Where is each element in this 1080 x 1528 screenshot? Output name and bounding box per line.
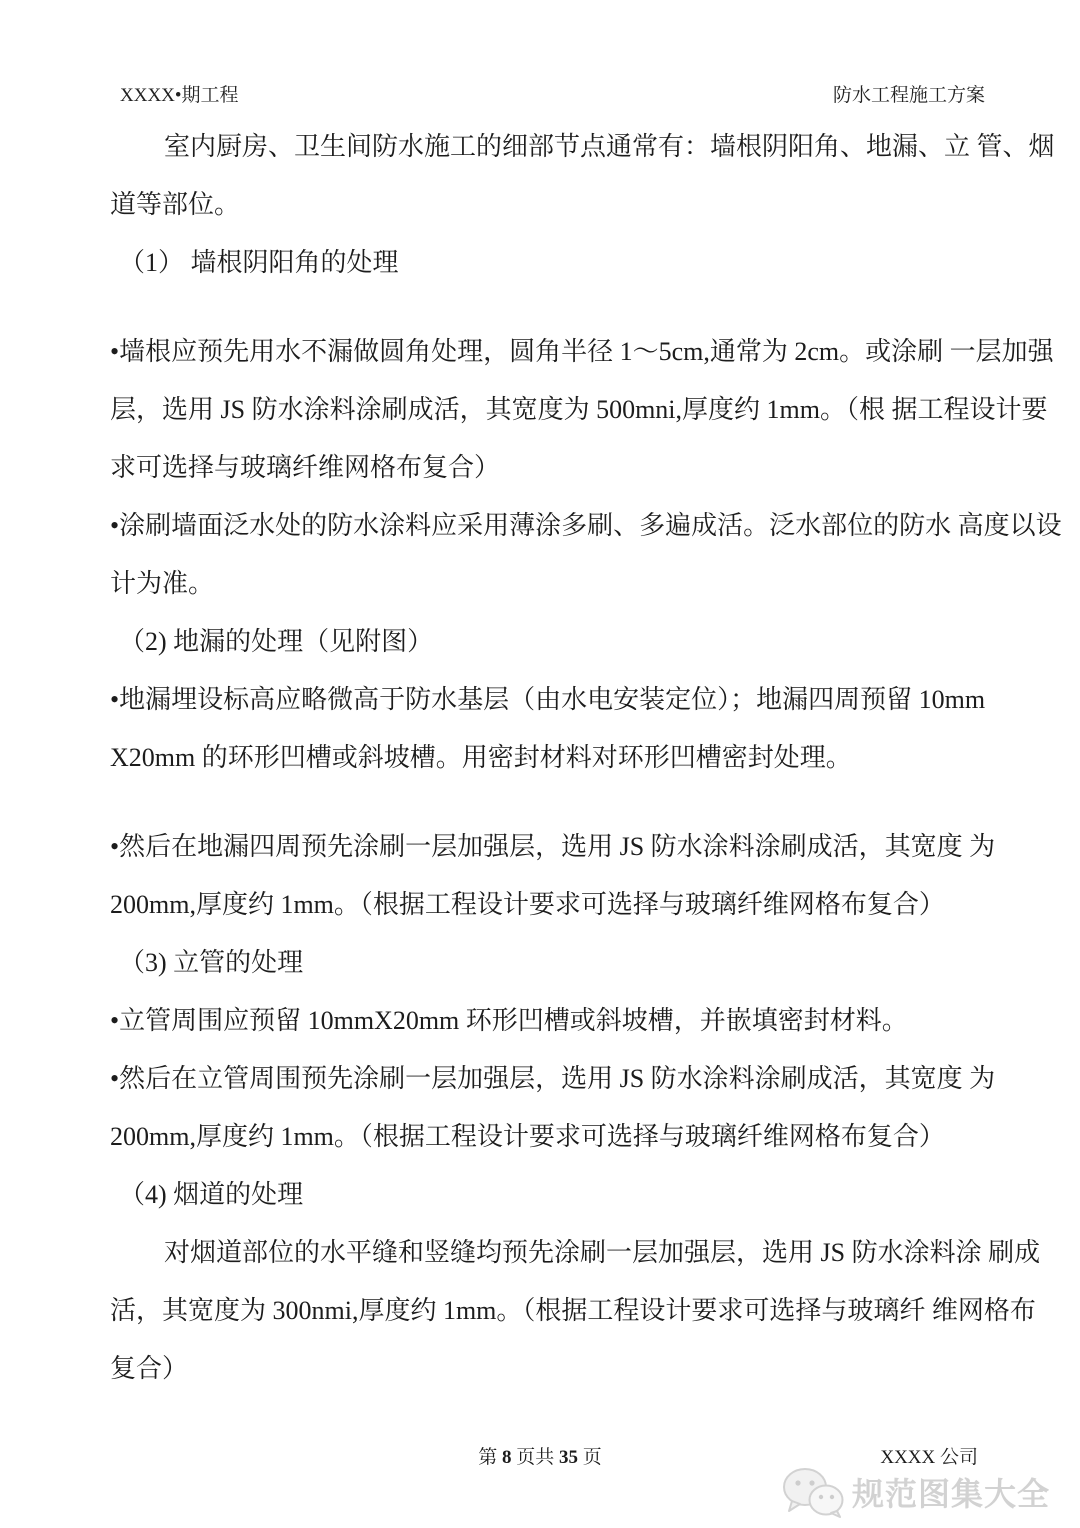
text-line: 室内厨房、卫生间防水施工的细部节点通常有：墙根阴阳角、地漏、立 管、烟 (110, 118, 995, 176)
text-line: •然后在地漏四周预先涂刷一层加强层，选用 JS 防水涂料涂刷成活，其宽度 为 (110, 818, 995, 876)
watermark: 规范图集大全 (782, 1466, 1050, 1518)
page-number-suffix: 页 (578, 1447, 602, 1468)
watermark-text: 规范图集大全 (852, 1469, 1050, 1515)
text-line: 对烟道部位的水平缝和竖缝均预先涂刷一层加强层，选用 JS 防水涂料涂 刷成 (110, 1224, 995, 1282)
text-line: •涂刷墙面泛水处的防水涂料应采用薄涂多刷、多遍成活。泛水部位的防水 高度以设 (110, 497, 995, 555)
header-doc-title: 防水工程施工方案 (833, 80, 985, 107)
text-line: （3) 立管的处理 (110, 934, 995, 992)
text-line: （1） 墙根阴阳角的处理 (110, 234, 995, 292)
header-project-title: XXXX•期工程 (120, 80, 239, 107)
document-body: 室内厨房、卫生间防水施工的细部节点通常有：墙根阴阳角、地漏、立 管、烟道等部位。… (110, 118, 995, 1398)
text-line: 复合） (110, 1340, 995, 1398)
text-line: •立管周围应预留 10mmX20mm 环形凹槽或斜坡槽，并嵌填密封材料。 (110, 992, 995, 1050)
text-line: 活，其宽度为 300nmi,厚度约 1mm。（根据工程设计要求可选择与玻璃纤 维… (110, 1282, 995, 1340)
page-number-mid: 页共 (511, 1447, 559, 1468)
wechat-icon (782, 1466, 844, 1518)
page-number-total: 35 (559, 1447, 578, 1468)
text-line: 求可选择与玻璃纤维网格布复合） (110, 439, 995, 497)
text-line: 层，选用 JS 防水涂料涂刷成活，其宽度为 500mni,厚度约 1mm。（根 … (110, 381, 995, 439)
text-line: 200mm,厚度约 1mm。（根据工程设计要求可选择与玻璃纤维网格布复合） (110, 1108, 995, 1166)
text-line: 道等部位。 (110, 176, 995, 234)
text-line: 200mm,厚度约 1mm。（根据工程设计要求可选择与玻璃纤维网格布复合） (110, 876, 995, 934)
text-line: •然后在立管周围预先涂刷一层加强层，选用 JS 防水涂料涂刷成活，其宽度 为 (110, 1050, 995, 1108)
page-number-prefix: 第 (478, 1447, 502, 1468)
document-page: XXXX•期工程 防水工程施工方案 室内厨房、卫生间防水施工的细部节点通常有：墙… (0, 0, 1080, 1528)
text-line: （4) 烟道的处理 (110, 1166, 995, 1224)
text-line: （2) 地漏的处理（见附图） (110, 613, 995, 671)
text-line: 计为准。 (110, 555, 995, 613)
text-line: X20mm 的环形凹槽或斜坡槽。用密封材料对环形凹槽密封处理。 (110, 729, 995, 787)
text-line: •墙根应预先用水不漏做圆角处理，圆角半径 1～5cm,通常为 2cm。或涂刷 一… (110, 323, 995, 381)
page-header: XXXX•期工程 防水工程施工方案 (120, 80, 985, 107)
text-line: •地漏埋设标高应略微高于防水基层（由水电安装定位）；地漏四周预留 10mm (110, 671, 995, 729)
footer-company: XXXX 公司 (880, 1442, 978, 1469)
